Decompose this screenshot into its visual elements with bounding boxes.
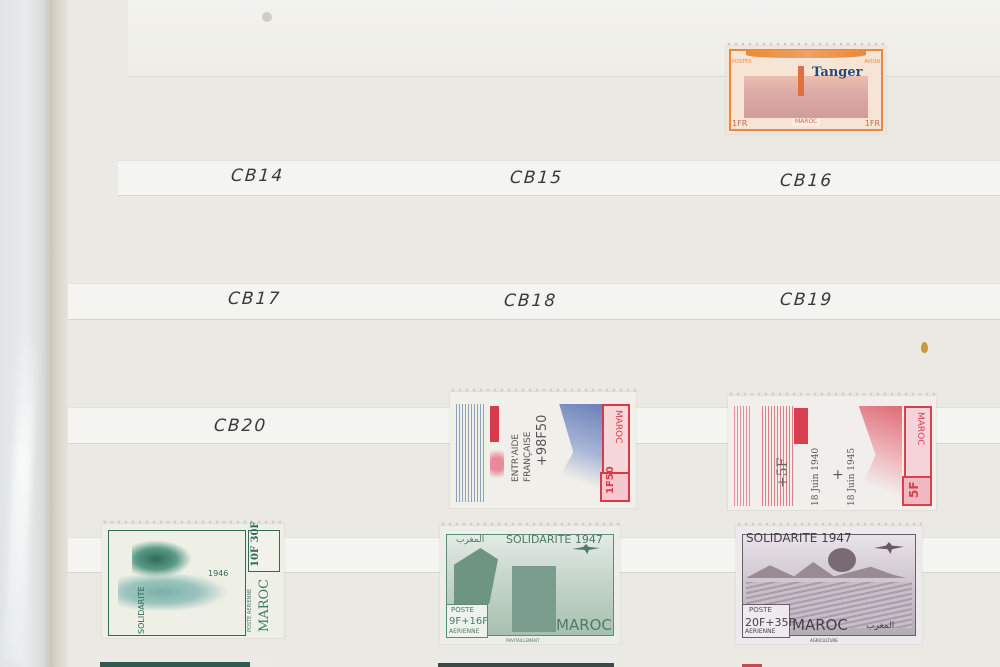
stamp-surcharge: +98F50 xyxy=(536,415,549,466)
stamp-text-plus: + xyxy=(832,468,844,482)
stamp-18-juin[interactable]: +5F 18 Juin 1940 + 18 Juin 1945 MAROC 5F xyxy=(728,396,936,510)
label-cb20: CB20 xyxy=(213,416,268,436)
stamp-sub: AERIENNE xyxy=(745,629,775,635)
stamp-value: 5F xyxy=(908,481,920,498)
stamp-title: SOLIDARITE 1947 xyxy=(746,532,852,544)
stamp-lines xyxy=(762,406,794,506)
stamp-text-date-1: 18 Juin 1940 xyxy=(812,448,821,506)
sleeve-glare xyxy=(3,330,38,660)
stamp-lines xyxy=(456,404,484,502)
stamp-vignette xyxy=(744,76,868,118)
stamp-cb16-tanger[interactable]: POSTES AVION Tanger 1FR 1FR MAROC xyxy=(726,46,886,134)
statue-figure xyxy=(118,572,228,612)
stamp-value-left: 1FR xyxy=(732,120,747,128)
stamp-solidarite-1946[interactable]: 1946 SOLIDARITE 10F 30F MAROC POSTE AERI… xyxy=(102,524,284,638)
stamp-value-right: 1FR xyxy=(865,120,880,128)
wings-icon xyxy=(746,50,866,58)
stamp-country: MAROC xyxy=(792,618,848,633)
label-cb18: CB18 xyxy=(503,291,558,311)
stamp-overprint: Tanger xyxy=(812,66,863,79)
ship-graphic xyxy=(512,566,556,632)
mountains-graphic xyxy=(854,406,902,504)
stamp-value-box: 5F xyxy=(902,476,932,506)
stamp-country: MAROC xyxy=(613,410,622,444)
stamp-text-postes: POSTES xyxy=(732,60,752,65)
stamp-value-box: 10F 30F xyxy=(248,530,280,572)
flag-icon xyxy=(490,406,499,442)
stamp-partial-ink xyxy=(100,662,250,667)
stamp-partial-bottom-1 xyxy=(96,656,274,667)
stamp-text-date-2: 18 Juin 1945 xyxy=(848,448,857,506)
label-cb16: CB16 xyxy=(779,171,834,191)
stamp-title: SOLIDARITE 1947 xyxy=(506,534,603,545)
stamp-country: MAROC xyxy=(915,412,924,446)
stamp-text-line-2: FRANÇAISE xyxy=(524,432,533,482)
stamp-value-box: POSTE 20F+35F AERIENNE xyxy=(742,604,790,638)
label-cb14: CB14 xyxy=(230,166,285,186)
stamp-arabic: المغرب xyxy=(866,622,894,631)
stamp-caption: AGRICULTURE xyxy=(810,639,838,643)
stamp-partial-ink xyxy=(438,663,614,667)
stamp-country: MAROC xyxy=(792,118,820,126)
stamp-partial-bottom-2 xyxy=(434,656,618,667)
stamp-vertical-text: SOLIDARITE xyxy=(138,586,146,634)
stamp-country-panel: MAROC xyxy=(904,406,932,480)
stamp-years: 1946 xyxy=(208,570,228,578)
stamp-lines-under xyxy=(734,406,750,506)
stamp-surcharge: +5F xyxy=(776,458,790,488)
flag-icon xyxy=(794,408,808,444)
figure-icon xyxy=(490,444,504,484)
stamp-sub: AERIENNE xyxy=(449,629,479,635)
stamp-text-line-1: ENTR'AIDE xyxy=(512,434,521,482)
stamp-value: 20F+35F xyxy=(745,617,795,628)
page-spot xyxy=(262,12,272,22)
stamp-value-box: POSTE 9F+16F AERIENNE xyxy=(446,604,488,638)
stamp-subtitle: POSTE AERIENNE xyxy=(248,589,253,632)
stamp-entraide-francaise[interactable]: ENTR'AIDE FRANÇAISE +98F50 MAROC 1F50 xyxy=(450,392,636,508)
stamp-value: 1F50 xyxy=(606,466,616,494)
stamp-value-box: 1F50 xyxy=(600,472,630,502)
stain-spot xyxy=(921,342,928,353)
stamp-caption: RAVITAILLEMENT xyxy=(506,639,539,643)
stamp-solidarite-1947-agriculture[interactable]: SOLIDARITE 1947 POSTE 20F+35F AERIENNE M… xyxy=(736,526,922,644)
stamp-country: MAROC xyxy=(258,579,271,632)
stamp-arabic: المغرب xyxy=(456,536,484,545)
label-cb17: CB17 xyxy=(227,289,282,309)
stamp-partial-bottom-3 xyxy=(738,656,918,667)
stamp-poste: POSTE xyxy=(451,607,474,614)
minaret-icon xyxy=(798,66,804,96)
stamp-text-avion: AVION xyxy=(864,60,880,65)
tree-graphic xyxy=(828,548,856,572)
stamp-country: MAROC xyxy=(556,618,612,633)
stamp-solidarite-1947-ravitaillement[interactable]: المغرب SOLIDARITE 1947 POSTE 9F+16F AERI… xyxy=(440,526,620,644)
label-cb15: CB15 xyxy=(509,168,564,188)
label-cb19: CB19 xyxy=(779,290,834,310)
stamp-value: 10F 30F xyxy=(251,521,261,567)
stamp-value: 9F+16F xyxy=(449,617,488,627)
stamp-poste: POSTE xyxy=(749,607,772,614)
plastic-sleeve xyxy=(0,0,52,667)
mountains-graphic xyxy=(548,404,604,500)
